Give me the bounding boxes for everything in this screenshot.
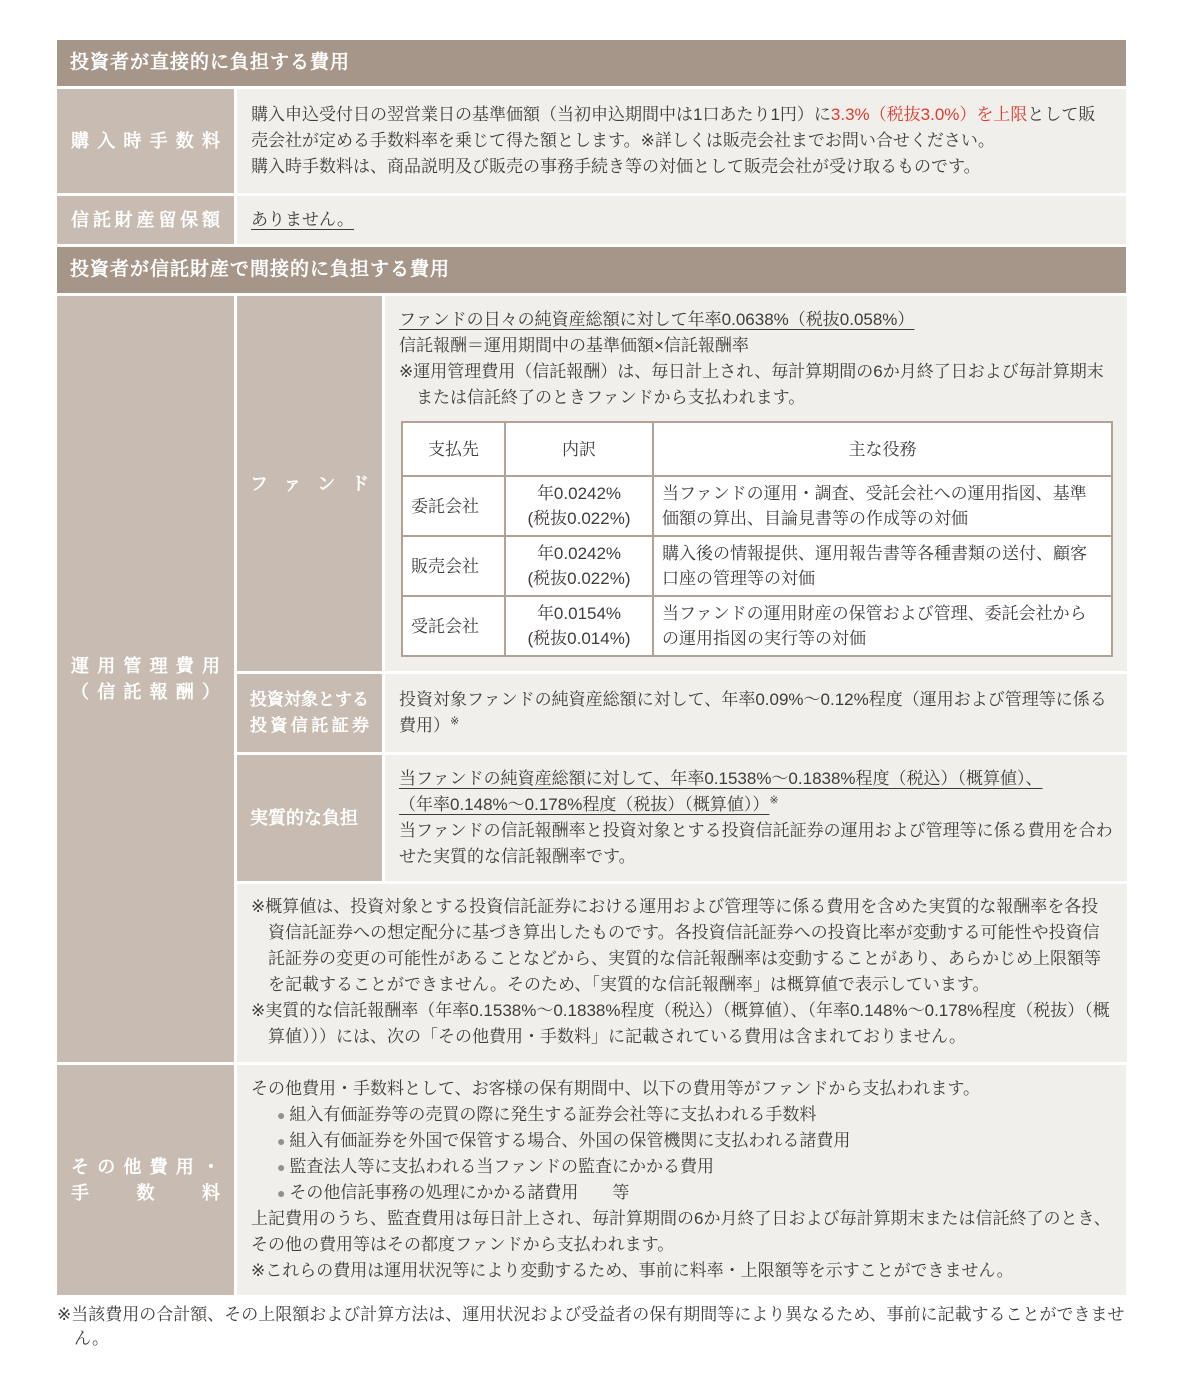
target-funds-label-line2: 投資信託証券 xyxy=(250,713,369,739)
fee-rate-incl-tax: 年0.0242% xyxy=(510,541,648,566)
section-header-direct-costs-text: 投資者が直接的に負担する費用 xyxy=(70,50,350,76)
purchase-fee-label-cell: 購入時手数料 xyxy=(57,89,234,193)
fee-row-payee: 委託会社 xyxy=(402,476,505,536)
management-fee-label-line1: 運用管理費用 xyxy=(71,653,220,679)
management-fee-label-cell: 運用管理費用 （信託報酬） xyxy=(57,296,234,1062)
subrow-effective-burden: 実質的な負担 当ファンドの純資産総額に対して、年率0.1538%～0.1838%… xyxy=(237,755,1127,881)
fee-rate-incl-tax: 年0.0154% xyxy=(510,601,648,626)
footer-note: ※当該費用の合計額、その上限額および計算方法は、運用状況および受益者の保有期間等… xyxy=(57,1303,1126,1351)
fee-breakdown-table: 支払先 内訳 主な役務 委託会社 年0.0242% (税抜0.022%) xyxy=(401,421,1113,657)
subrow-fund: ファンド ファンドの日々の純資産総額に対して年率0.0638%（税抜0.058%… xyxy=(237,296,1127,671)
fund-rate-line: ファンドの日々の純資産総額に対して年率0.0638%（税抜0.058%） xyxy=(399,310,914,329)
other-fees-content: その他費用・手数料として、お客様の保有期間中、以下の費用等がファンドから支払われ… xyxy=(237,1065,1126,1295)
section-header-direct-costs: 投資者が直接的に負担する費用 xyxy=(57,40,1126,86)
purchase-fee-content: 購入申込受付日の翌営業日の基準価額（当初申込期間中は1口あたり1円）に3.3%（… xyxy=(237,89,1126,193)
other-fees-label-line1: その他費用・ xyxy=(71,1154,220,1180)
effective-burden-footnote-mark: ※ xyxy=(769,794,778,806)
note-effective-rate: ※実質的な信託報酬率（年率0.1538%～0.1838%程度（税込）（概算値）、… xyxy=(251,998,1113,1050)
fee-table-header-breakdown: 内訳 xyxy=(505,422,653,476)
fee-row-payee: 販売会社 xyxy=(402,536,505,596)
effective-burden-rate-line1: 当ファンドの純資産総額に対して、年率0.1538%～0.1838%程度（税込）（… xyxy=(399,769,1043,788)
row-retention-amount: 信託財産留保額 ありません。 xyxy=(57,196,1126,244)
other-fees-bullet-list: 組入有価証券等の売買の際に発生する証券会社等に支払われる手数料 組入有価証券を外… xyxy=(277,1102,1112,1206)
fee-rate-excl-tax: (税抜0.014%) xyxy=(510,626,648,651)
bullet-item-brokerage: 組入有価証券等の売買の際に発生する証券会社等に支払われる手数料 xyxy=(277,1102,1112,1128)
fee-rate-incl-tax: 年0.0242% xyxy=(510,481,648,506)
row-other-fees: その他費用・ 手数料 その他費用・手数料として、お客様の保有期間中、以下の費用等… xyxy=(57,1065,1126,1295)
management-fee-subrows: ファンド ファンドの日々の純資産総額に対して年率0.0638%（税抜0.058%… xyxy=(237,296,1127,1062)
effective-burden-label: 実質的な負担 xyxy=(250,805,369,831)
row-purchase-fee: 購入時手数料 購入申込受付日の翌営業日の基準価額（当初申込期間中は1口あたり1円… xyxy=(57,89,1126,193)
fee-table-header-row: 支払先 内訳 主な役務 xyxy=(402,422,1112,476)
fee-row-role: 購入後の情報提供、運用報告書等各種書類の送付、顧客口座の管理等の対価 xyxy=(653,536,1112,596)
fund-label: ファンド xyxy=(250,471,369,497)
target-funds-label-line1: 投資対象とする xyxy=(250,687,369,713)
other-fees-intro: その他費用・手数料として、お客様の保有期間中、以下の費用等がファンドから支払われ… xyxy=(251,1076,1112,1102)
target-funds-footnote-mark: ※ xyxy=(450,715,459,727)
fee-table-row-itaku: 委託会社 年0.0242% (税抜0.022%) 当ファンドの運用・調査、受託会… xyxy=(402,476,1112,536)
fee-row-payee: 受託会社 xyxy=(402,596,505,656)
fee-table-row-hanbai: 販売会社 年0.0242% (税抜0.022%) 購入後の情報提供、運用報告書等… xyxy=(402,536,1112,596)
bullet-item-misc: その他信託事務の処理にかかる諸費用 等 xyxy=(277,1180,1112,1206)
purchase-fee-text-before: 購入申込受付日の翌営業日の基準価額（当初申込期間中は1口あたり1円）に xyxy=(251,105,831,124)
effective-burden-rate-line2: （年率0.148%～0.178%程度（税抜）（概算値）） xyxy=(399,795,769,814)
target-funds-text-body: 投資対象ファンドの純資産総額に対して、年率0.09%～0.12%程度（運用および… xyxy=(399,690,1107,735)
fund-formula-line: 信託報酬＝運用期間中の基準価額×信託報酬率 xyxy=(399,333,1113,359)
bullet-item-custody: 組入有価証券を外国で保管する場合、外国の保管機関に支払われる諸費用 xyxy=(277,1128,1112,1154)
fee-row-rate: 年0.0154% (税抜0.014%) xyxy=(505,596,653,656)
purchase-fee-red-highlight: 3.3%（税抜3.0%）を上限 xyxy=(831,105,1028,124)
purchase-fee-paragraph-2: 購入時手数料は、商品説明及び販売の事務手続き等の対価として販売会社が受け取るもの… xyxy=(251,154,1112,180)
purchase-fee-label: 購入時手数料 xyxy=(71,128,220,154)
section-header-indirect-costs: 投資者が信託財産で間接的に負担する費用 xyxy=(57,247,1126,293)
management-fee-notes: ※概算値は、投資対象とする投資信託証券における運用および管理等に係る費用を含めた… xyxy=(237,884,1127,1062)
fee-rate-excl-tax: (税抜0.022%) xyxy=(510,566,648,591)
fee-row-rate: 年0.0242% (税抜0.022%) xyxy=(505,476,653,536)
effective-burden-description: 当ファンドの信託報酬率と投資対象とする投資信託証券の運用および管理等に係る費用を… xyxy=(399,818,1113,870)
fee-table-header-payee: 支払先 xyxy=(402,422,505,476)
target-funds-label-cell: 投資対象とする 投資信託証券 xyxy=(237,674,382,752)
note-estimate: ※概算値は、投資対象とする投資信託証券における運用および管理等に係る費用を含めた… xyxy=(251,894,1113,998)
effective-burden-content: 当ファンドの純資産総額に対して、年率0.1538%～0.1838%程度（税込）（… xyxy=(385,755,1127,881)
retention-label: 信託財産留保額 xyxy=(71,207,220,233)
retention-value: ありません。 xyxy=(251,210,354,229)
fee-row-rate: 年0.0242% (税抜0.022%) xyxy=(505,536,653,596)
retention-content: ありません。 xyxy=(237,196,1126,244)
purchase-fee-paragraph-1: 購入申込受付日の翌営業日の基準価額（当初申込期間中は1口あたり1円）に3.3%（… xyxy=(251,102,1112,154)
fund-content: ファンドの日々の純資産総額に対して年率0.0638%（税抜0.058%） 信託報… xyxy=(385,296,1127,671)
subrow-target-funds: 投資対象とする 投資信託証券 投資対象ファンドの純資産総額に対して、年率0.09… xyxy=(237,674,1127,752)
fee-table-row-jutaku: 受託会社 年0.0154% (税抜0.014%) 当ファンドの運用財産の保管およ… xyxy=(402,596,1112,656)
fee-table-header-role: 主な役務 xyxy=(653,422,1112,476)
target-funds-text: 投資対象ファンドの純資産総額に対して、年率0.09%～0.12%程度（運用および… xyxy=(399,687,1113,739)
other-fees-body: 上記費用のうち、監査費用は毎日計上され、毎計算期間の6か月終了日および毎計算期末… xyxy=(251,1206,1112,1258)
fund-label-cell: ファンド xyxy=(237,296,382,671)
fees-document: 投資者が直接的に負担する費用 購入時手数料 購入申込受付日の翌営業日の基準価額（… xyxy=(57,40,1126,1295)
other-fees-note: ※これらの費用は運用状況等により変動するため、事前に料率・上限額等を示すことがで… xyxy=(251,1258,1112,1284)
fee-row-role: 当ファンドの運用・調査、受託会社への運用指図、基準価額の算出、目論見書等の作成等… xyxy=(653,476,1112,536)
other-fees-label-line2: 手数料 xyxy=(71,1180,220,1206)
section-header-indirect-costs-text: 投資者が信託財産で間接的に負担する費用 xyxy=(70,257,450,283)
row-management-fee: 運用管理費用 （信託報酬） ファンド ファンドの日々の純資産総額に対して年率0.… xyxy=(57,296,1126,1062)
other-fees-label-cell: その他費用・ 手数料 xyxy=(57,1065,234,1295)
fee-row-role: 当ファンドの運用財産の保管および管理、委託会社からの運用指図の実行等の対価 xyxy=(653,596,1112,656)
retention-label-cell: 信託財産留保額 xyxy=(57,196,234,244)
target-funds-content: 投資対象ファンドの純資産総額に対して、年率0.09%～0.12%程度（運用および… xyxy=(385,674,1127,752)
management-fee-label-line2: （信託報酬） xyxy=(71,679,220,705)
effective-burden-label-cell: 実質的な負担 xyxy=(237,755,382,881)
fund-note-line: ※運用管理費用（信託報酬）は、毎日計上され、毎計算期間の6か月終了日および毎計算… xyxy=(399,359,1113,411)
bullet-item-audit: 監査法人等に支払われる当ファンドの監査にかかる費用 xyxy=(277,1154,1112,1180)
fee-rate-excl-tax: (税抜0.022%) xyxy=(510,506,648,531)
